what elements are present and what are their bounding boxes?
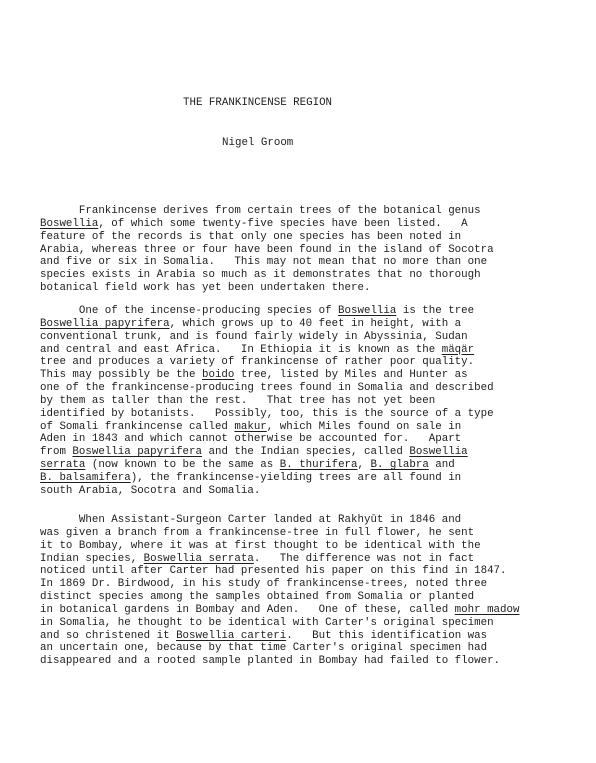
text-segment: When Assistant-Surgeon Carter landed at …: [40, 514, 461, 526]
underlined-term: Boswellia: [409, 446, 467, 458]
text-line: and five or six in Somalia. This may not…: [40, 256, 580, 269]
text-segment: and five or six in Somalia. This may not…: [40, 256, 487, 268]
text-line: in Somalia, he thought to be identical w…: [40, 617, 580, 630]
text-segment: One of the incense-producing species of: [40, 305, 338, 317]
text-segment: identified by botanists. Possibly, too, …: [40, 408, 494, 420]
text-segment: one of the frankincense-producing trees …: [40, 382, 494, 394]
text-line: from Boswellia papyrifera and the Indian…: [40, 446, 580, 459]
text-segment: . But this identification was: [286, 630, 487, 642]
text-line: it to Bombay, where it was at first thou…: [40, 540, 580, 553]
underlined-term: serrata: [40, 459, 85, 471]
text-segment: In 1869 Dr. Birdwood, in his study of fr…: [40, 578, 487, 590]
underlined-term: Boswellia serrata: [144, 553, 254, 565]
text-segment: Indian species,: [40, 553, 144, 565]
text-segment: (now known to be the same as: [85, 459, 279, 471]
text-line: In 1869 Dr. Birdwood, in his study of fr…: [40, 578, 580, 591]
text-segment: , which grows up to 40 feet in height, w…: [170, 318, 462, 330]
text-segment: distinct species among the samples obtai…: [40, 591, 474, 603]
text-line: and central and east Africa. In Ethiopia…: [40, 344, 580, 357]
underlined-term: B. balsamifera: [40, 472, 131, 484]
text-line: tree and produces a variety of frankince…: [40, 356, 580, 369]
text-line: one of the frankincense-producing trees …: [40, 382, 580, 395]
underlined-term: B. glabra: [370, 459, 428, 471]
underlined-term: boido: [202, 369, 234, 381]
text-segment: an uncertain one, because by that time C…: [40, 642, 487, 654]
text-segment: conventional trunk, and is found fairly …: [40, 331, 468, 343]
text-segment: Arabia, whereas three or four have been …: [40, 244, 494, 256]
paragraph-3: When Assistant-Surgeon Carter landed at …: [40, 514, 580, 668]
text-line: and so christened it Boswellia carteri. …: [40, 630, 580, 643]
underlined-term: mäqär: [442, 344, 474, 356]
text-line: Frankincense derives from certain trees …: [40, 205, 580, 218]
text-line: Arabia, whereas three or four have been …: [40, 244, 580, 257]
text-line: was given a branch from a frankincense-t…: [40, 527, 580, 540]
text-segment: Aden in 1843 and which cannot otherwise …: [40, 433, 461, 445]
text-segment: , of which some twenty-five species have…: [98, 218, 467, 230]
text-line: botanical field work has yet been undert…: [40, 282, 580, 295]
underlined-term: mohr madow: [455, 604, 520, 616]
text-segment: in Somalia, he thought to be identical w…: [40, 617, 494, 629]
underlined-term: B. thurifera: [280, 459, 358, 471]
text-line: One of the incense-producing species of …: [40, 305, 580, 318]
text-segment: noticed until after Carter had presented…: [40, 565, 507, 577]
underlined-term: Boswellia papyrifera: [72, 446, 202, 458]
text-segment: tree, listed by Miles and Hunter as: [234, 369, 467, 381]
text-segment: feature of the records is that only one …: [40, 231, 461, 243]
text-line: Boswellia papyrifera, which grows up to …: [40, 318, 580, 331]
text-line: noticed until after Carter had presented…: [40, 565, 580, 578]
text-line: serrata (now known to be the same as B. …: [40, 459, 580, 472]
text-line: identified by botanists. Possibly, too, …: [40, 408, 580, 421]
text-line: This may possibly be the boido tree, lis…: [40, 369, 580, 382]
text-line: Indian species, Boswellia serrata. The d…: [40, 553, 580, 566]
text-line: distinct species among the samples obtai…: [40, 591, 580, 604]
text-line: south Arabia, Socotra and Somalia.: [40, 485, 580, 498]
text-segment: ), the frankincense-yielding trees are a…: [131, 472, 461, 484]
text-segment: , which Miles found on sale in: [267, 421, 461, 433]
text-line: in botanical gardens in Bombay and Aden.…: [40, 604, 580, 617]
text-segment: . The difference was not in fact: [254, 553, 474, 565]
text-line: Aden in 1843 and which cannot otherwise …: [40, 433, 580, 446]
text-segment: of Somali frankincense called: [40, 421, 234, 433]
text-line: by them as taller than the rest. That tr…: [40, 395, 580, 408]
text-segment: tree and produces a variety of frankince…: [40, 356, 474, 368]
text-segment: and so christened it: [40, 630, 176, 642]
document-page: THE FRANKINCENSE REGION Nigel Groom Fran…: [0, 0, 596, 763]
text-segment: south Arabia, Socotra and Somalia.: [40, 485, 260, 497]
text-segment: by them as taller than the rest. That tr…: [40, 395, 435, 407]
text-line: B. balsamifera), the frankincense-yieldi…: [40, 472, 580, 485]
paragraph-1: Frankincense derives from certain trees …: [40, 205, 580, 295]
text-segment: was given a branch from a frankincense-t…: [40, 527, 474, 539]
document-title: THE FRANKINCENSE REGION: [0, 97, 596, 109]
text-line: When Assistant-Surgeon Carter landed at …: [40, 514, 580, 527]
text-segment: botanical field work has yet been undert…: [40, 282, 370, 294]
paragraph-2: One of the incense-producing species of …: [40, 305, 580, 498]
underlined-term: Boswellia: [338, 305, 396, 317]
text-segment: and central and east Africa. In Ethiopia…: [40, 344, 442, 356]
text-line: disappeared and a rooted sample planted …: [40, 655, 580, 668]
text-segment: is the tree: [396, 305, 474, 317]
text-segment: This may possibly be the: [40, 369, 202, 381]
text-segment: Frankincense derives from certain trees …: [40, 205, 481, 217]
text-segment: it to Bombay, where it was at first thou…: [40, 540, 481, 552]
text-segment: and: [429, 459, 455, 471]
underlined-term: Boswellia papyrifera: [40, 318, 170, 330]
text-line: Boswellia, of which some twenty-five spe…: [40, 218, 580, 231]
underlined-term: makur: [234, 421, 266, 433]
text-segment: in botanical gardens in Bombay and Aden.…: [40, 604, 455, 616]
text-segment: from: [40, 446, 72, 458]
text-line: of Somali frankincense called makur, whi…: [40, 421, 580, 434]
text-line: conventional trunk, and is found fairly …: [40, 331, 580, 344]
text-line: feature of the records is that only one …: [40, 231, 580, 244]
text-line: an uncertain one, because by that time C…: [40, 642, 580, 655]
underlined-term: Boswellia: [40, 218, 98, 230]
text-segment: species exists in Arabia so much as it d…: [40, 269, 481, 281]
text-line: species exists in Arabia so much as it d…: [40, 269, 580, 282]
text-segment: disappeared and a rooted sample planted …: [40, 655, 500, 667]
text-segment: and the Indian species, called: [202, 446, 409, 458]
text-segment: ,: [358, 459, 371, 471]
underlined-term: Boswellia carteri: [176, 630, 286, 642]
document-author: Nigel Groom: [222, 137, 293, 149]
